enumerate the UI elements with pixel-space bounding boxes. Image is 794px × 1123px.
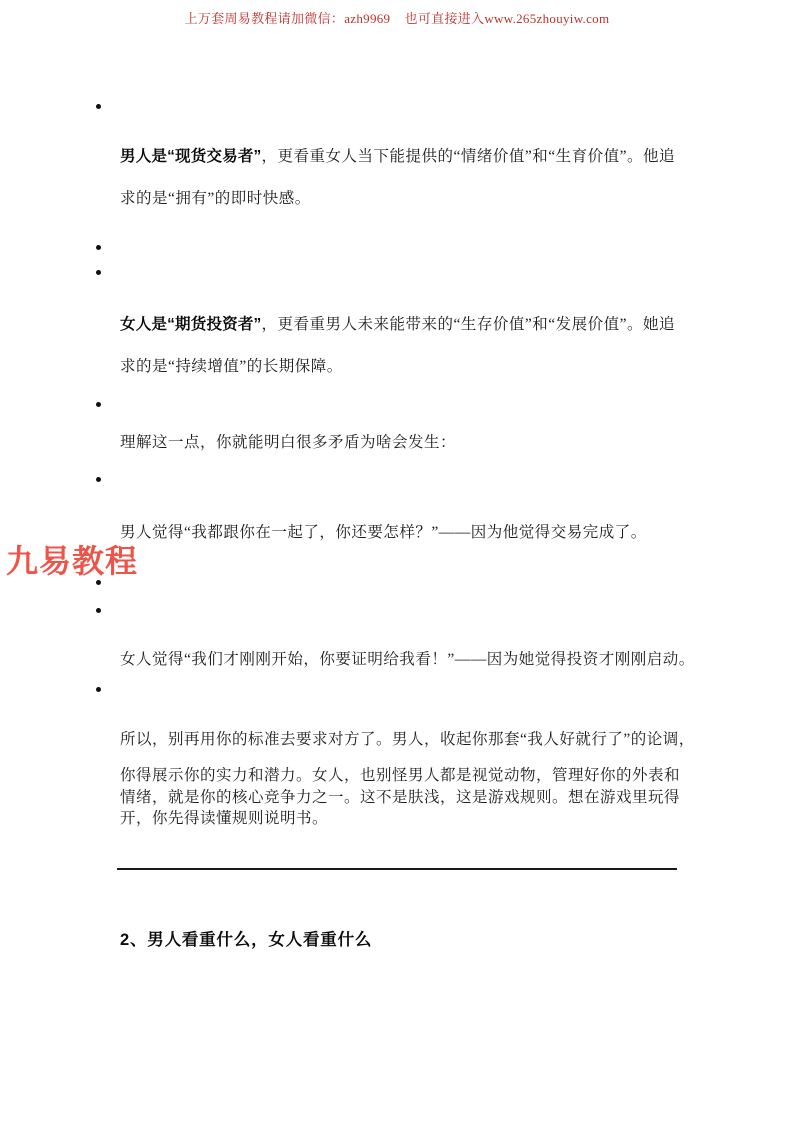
- bold-lead-woman: 女人是“期货投资者”: [120, 316, 262, 333]
- line-man-thinks: 男人觉得“我都跟你在一起了，你还要怎样？”——因为他觉得交易完成了。: [120, 523, 720, 543]
- bold-lead-man: 男人是“现货交易者”: [120, 148, 262, 165]
- bullet-marker: [96, 270, 101, 275]
- bullet-marker: [96, 608, 101, 613]
- horizontal-divider: [117, 868, 677, 870]
- bullet-marker: [96, 687, 101, 692]
- line-woman-thinks: 女人觉得“我们才刚刚开始，你要证明给我看！”——因为她觉得投资才刚刚启动。: [120, 650, 720, 670]
- watermark-jiuyi-jiaocheng: 九易教程: [6, 542, 138, 580]
- paragraph-woman-futures-investor: 女人是“期货投资者”，更看重男人未来能带来的“生存价值”和“发展价值”。她追求的…: [120, 304, 680, 388]
- bullet-marker: [96, 402, 101, 407]
- bullet-marker: [96, 245, 101, 250]
- promo-header-text: 上万套周易教程请加微信：azh9969 也可直接进入www.265zhouyiw…: [0, 8, 794, 27]
- bullet-marker: [96, 104, 101, 109]
- bullet-marker: [96, 477, 101, 482]
- line-understand: 理解这一点，你就能明白很多矛盾为啥会发生：: [120, 433, 720, 453]
- document-page: 上万套周易教程请加微信：azh9969 也可直接进入www.265zhouyiw…: [0, 0, 794, 1123]
- section-heading: 2、男人看重什么，女人看重什么: [120, 926, 372, 950]
- closing-paragraph-line1: 所以，别再用你的标准去要求对方了。男人，收起你那套“我人好就行了”的论调，: [120, 730, 720, 750]
- closing-paragraph-rest: 你得展示你的实力和潜力。女人，也别怪男人都是视觉动物，管理好你的外表和情绪，就是…: [120, 765, 680, 830]
- bullet-marker: [96, 580, 101, 585]
- paragraph-man-spot-trader: 男人是“现货交易者”，更看重女人当下能提供的“情绪价值”和“生育价值”。他追求的…: [120, 136, 680, 220]
